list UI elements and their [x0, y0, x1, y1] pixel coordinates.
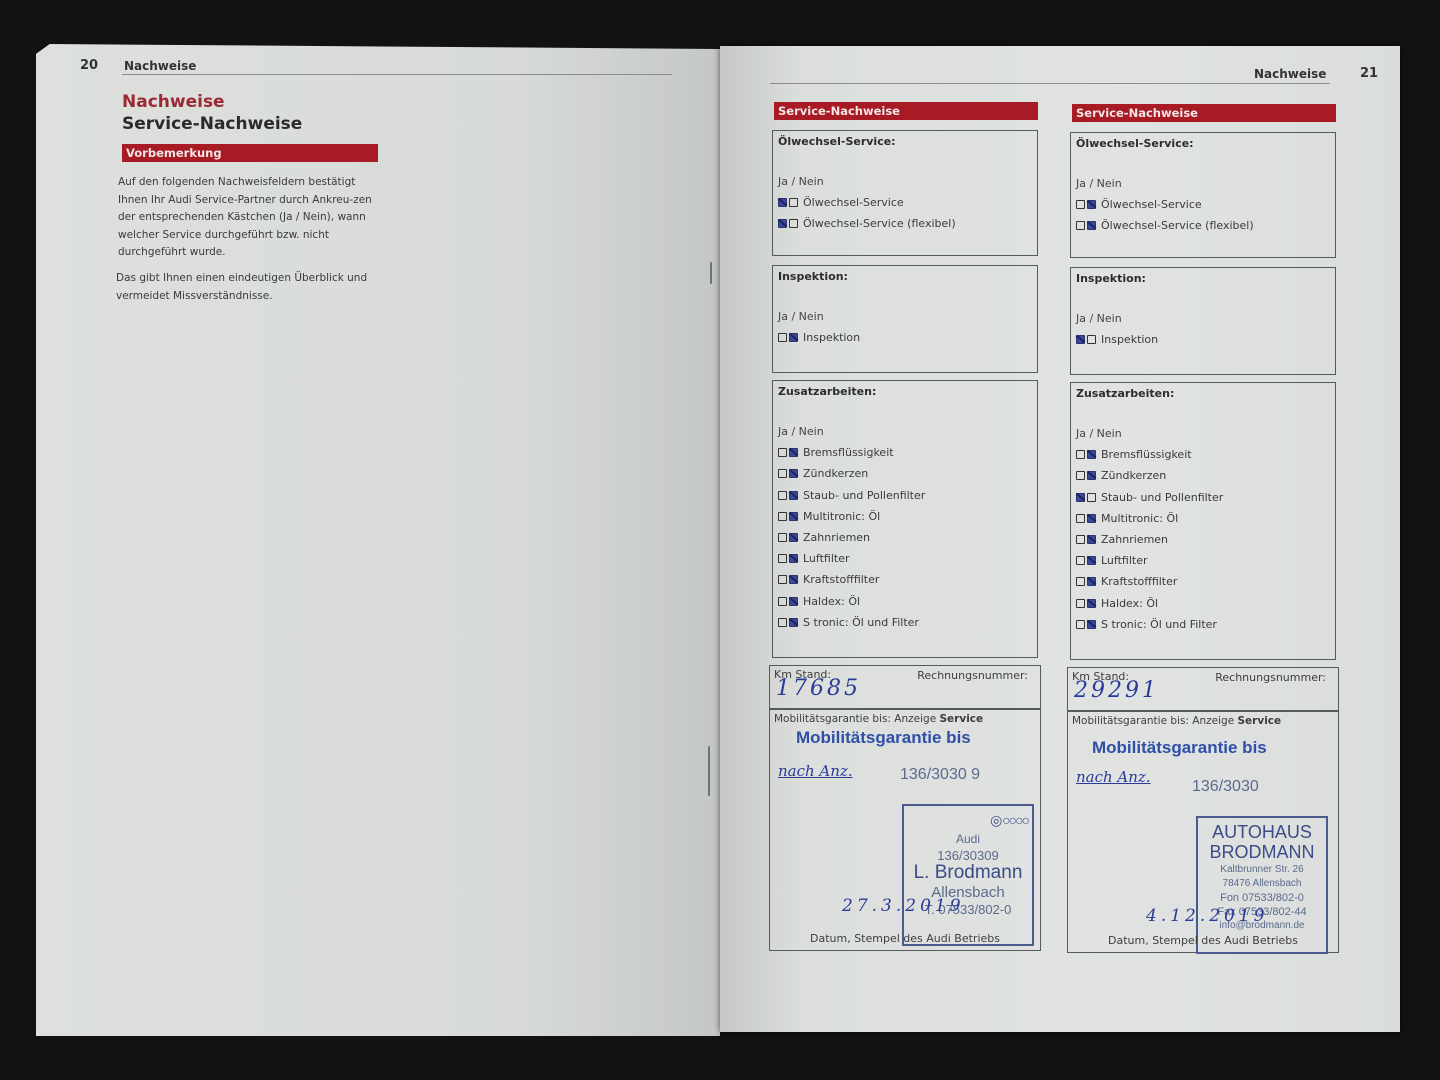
checklist-row: S tronic: Öl und Filter [1076, 618, 1217, 631]
checklist-box-inspection: Inspektion:Ja / NeinInspektion [772, 265, 1038, 373]
dealer-stamp-line: Kaltbrunner Str. 26 [1198, 864, 1326, 875]
checkbox-ja[interactable] [778, 219, 787, 228]
dealer-stamp-line: Fon 07533/802-0 [1198, 892, 1326, 904]
invoice-label: Rechnungsnummer: [1215, 671, 1326, 684]
checklist-label: Luftfilter [1101, 554, 1148, 567]
checkbox-ja[interactable] [1076, 200, 1085, 209]
checkbox-nein[interactable] [789, 219, 798, 228]
stamp-mobility: Mobilitätsgarantie bis [796, 728, 971, 748]
checklist-label: S tronic: Öl und Filter [803, 616, 919, 629]
dealer-stamp-line: BRODMANN [1198, 842, 1326, 863]
ja-nein-label: Ja / Nein [778, 425, 824, 438]
checkbox-nein[interactable] [1087, 514, 1096, 523]
mobility-label: Mobilitätsgarantie bis: Anzeige Service [774, 713, 983, 725]
checkbox-nein[interactable] [1087, 535, 1096, 544]
checklist-label: Kraftstofffilter [803, 573, 879, 586]
checklist-label: Ölwechsel-Service (flexibel) [1101, 219, 1254, 232]
stamp-box-area: Km Stand:Rechnungsnummer:29291Mobilitäts… [1067, 667, 1339, 953]
checkbox-nein[interactable] [789, 198, 798, 207]
checklist-label: Ölwechsel-Service [1101, 198, 1202, 211]
header-rule [122, 74, 672, 75]
checkbox-ja[interactable] [1076, 599, 1085, 608]
dealer-stamp-line: 78476 Allensbach [1198, 878, 1326, 889]
checkbox-nein[interactable] [1087, 471, 1096, 480]
checklist-label: Ölwechsel-Service [803, 196, 904, 209]
checklist-row: Zahnriemen [778, 531, 870, 544]
handwritten-date: 4.12.2019 [1146, 906, 1269, 926]
checklist-row: Ölwechsel-Service [778, 196, 904, 209]
km-value[interactable]: 17685 [776, 676, 861, 701]
intro-paragraph-2: Das gibt Ihnen einen eindeutigen Überbli… [116, 270, 386, 305]
checkbox-ja[interactable] [1076, 450, 1085, 459]
checklist-row: Bremsflüssigkeit [1076, 448, 1192, 461]
handwritten-mobility: nach Anz. [1076, 768, 1151, 786]
checklist-row: Inspektion [1076, 333, 1158, 346]
checklist-row: Zündkerzen [1076, 469, 1166, 482]
checkbox-ja[interactable] [1076, 493, 1085, 502]
staple [708, 746, 710, 796]
checklist-label: Multitronic: Öl [1101, 512, 1178, 525]
ja-nein-label: Ja / Nein [1076, 427, 1122, 440]
checklist-row: Bremsflüssigkeit [778, 446, 894, 459]
checkbox-nein[interactable] [1087, 450, 1096, 459]
checkbox-ja[interactable] [778, 333, 787, 342]
mobility-label: Mobilitätsgarantie bis: Anzeige Service [1072, 715, 1281, 727]
checkbox-nein[interactable] [789, 533, 798, 542]
checkbox-nein[interactable] [789, 469, 798, 478]
stamp-mobility: Mobilitätsgarantie bis [1092, 738, 1267, 758]
box-title: Ölwechsel-Service: [1076, 137, 1194, 150]
running-head: Nachweise [124, 59, 196, 73]
stamp-footer-label: Datum, Stempel des Audi Betriebs [1068, 934, 1338, 947]
brand-logos-icon: ◎ ○○○○ [908, 812, 1028, 829]
checklist-label: Haldex: Öl [803, 595, 860, 608]
dealer-stamp-line: 136/30309 [904, 848, 1032, 863]
card-header: Service-Nachweise [774, 102, 1038, 120]
dealer-stamp: ◎ ○○○○Audi136/30309L. BrodmannAllensbach… [902, 804, 1034, 946]
dealer-stamp-line: AUTOHAUS [1198, 822, 1326, 843]
staple [710, 262, 712, 284]
checklist-row: Haldex: Öl [778, 595, 860, 608]
left-page: 20 Nachweise Nachweise Service-Nachweise… [36, 44, 720, 1036]
stamp-box-area: Km Stand:Rechnungsnummer:17685Mobilitäts… [769, 665, 1041, 951]
checkbox-nein[interactable] [789, 618, 798, 627]
checkbox-ja[interactable] [1076, 335, 1085, 344]
checkbox-nein[interactable] [1087, 493, 1096, 502]
checklist-label: Multitronic: Öl [803, 510, 880, 523]
intro-paragraph: Auf den folgenden Nachweisfeldern bestät… [118, 174, 388, 262]
running-head: Nachweise [1254, 67, 1326, 81]
checklist-label: Zahnriemen [1101, 533, 1168, 546]
checkbox-ja[interactable] [1076, 620, 1085, 629]
checkbox-nein[interactable] [1087, 335, 1096, 344]
dealer-stamp-line: L. Brodmann [904, 862, 1032, 884]
checklist-label: Inspektion [1101, 333, 1158, 346]
checkbox-nein[interactable] [789, 491, 798, 500]
checkbox-nein[interactable] [789, 554, 798, 563]
checklist-label: Luftfilter [803, 552, 850, 565]
checklist-label: Inspektion [803, 331, 860, 344]
stamp-number: 136/3030 [1192, 778, 1259, 796]
page-number: 20 [80, 58, 98, 73]
checklist-label: Bremsflüssigkeit [1101, 448, 1192, 461]
service-record-card: Service-NachweiseÖlwechsel-Service:Ja / … [772, 102, 1038, 952]
checklist-label: Bremsflüssigkeit [803, 446, 894, 459]
field-divider [1068, 710, 1338, 712]
mobility-label-bold: Service [1238, 715, 1282, 727]
checkbox-nein[interactable] [789, 448, 798, 457]
box-title: Inspektion: [1076, 272, 1146, 285]
checkbox-nein[interactable] [1087, 620, 1096, 629]
checklist-label: Zündkerzen [1101, 469, 1166, 482]
checkbox-nein[interactable] [789, 512, 798, 521]
checkbox-ja[interactable] [778, 533, 787, 542]
checklist-row: Haldex: Öl [1076, 597, 1158, 610]
checkbox-ja[interactable] [778, 554, 787, 563]
checklist-label: Staub- und Pollenfilter [1101, 491, 1223, 504]
checklist-row: Ölwechsel-Service (flexibel) [1076, 219, 1254, 232]
ja-nein-label: Ja / Nein [778, 310, 824, 323]
ja-nein-label: Ja / Nein [1076, 177, 1122, 190]
checkbox-nein[interactable] [789, 333, 798, 342]
dealer-stamp-line: Audi [904, 832, 1032, 846]
box-title: Ölwechsel-Service: [778, 135, 896, 148]
checklist-row: Luftfilter [1076, 554, 1148, 567]
checkbox-nein[interactable] [1087, 577, 1096, 586]
checklist-label: Ölwechsel-Service (flexibel) [803, 217, 956, 230]
ja-nein-label: Ja / Nein [778, 175, 824, 188]
checkbox-ja[interactable] [778, 597, 787, 606]
mobility-label-text: Mobilitätsgarantie bis: Anzeige [774, 713, 936, 725]
handwritten-mobility: nach Anz. [778, 762, 853, 780]
checkbox-ja[interactable] [1076, 471, 1085, 480]
checkbox-nein[interactable] [1087, 200, 1096, 209]
checkbox-nein[interactable] [1087, 599, 1096, 608]
field-divider [770, 708, 1040, 710]
section-bar-vorbemerkung: Vorbemerkung [122, 144, 378, 162]
checklist-row: Zahnriemen [1076, 533, 1168, 546]
section-subtitle: Service-Nachweise [122, 114, 302, 134]
checklist-row: Luftfilter [778, 552, 850, 565]
box-title: Zusatzarbeiten: [778, 385, 876, 398]
checkbox-ja[interactable] [778, 512, 787, 521]
checklist-label: Staub- und Pollenfilter [803, 489, 925, 502]
checkbox-nein[interactable] [789, 597, 798, 606]
checklist-row: Inspektion [778, 331, 860, 344]
ja-nein-label: Ja / Nein [1076, 312, 1122, 325]
stamp-footer-label: Datum, Stempel des Audi Betriebs [770, 932, 1040, 945]
checklist-box-extras: Zusatzarbeiten:Ja / NeinBremsflüssigkeit… [772, 380, 1038, 658]
checklist-row: S tronic: Öl und Filter [778, 616, 919, 629]
checklist-row: Staub- und Pollenfilter [778, 489, 925, 502]
invoice-label: Rechnungsnummer: [917, 669, 1028, 682]
checklist-box-oil: Ölwechsel-Service:Ja / NeinÖlwechsel-Ser… [772, 130, 1038, 256]
checklist-label: Zahnriemen [803, 531, 870, 544]
checklist-row: Multitronic: Öl [1076, 512, 1178, 525]
checkbox-ja[interactable] [778, 618, 787, 627]
checkbox-nein[interactable] [789, 575, 798, 584]
section-title: Nachweise [122, 92, 225, 112]
checkbox-ja[interactable] [778, 469, 787, 478]
checklist-row: Zündkerzen [778, 467, 868, 480]
checklist-label: Zündkerzen [803, 467, 868, 480]
checkbox-ja[interactable] [1076, 556, 1085, 565]
checklist-row: Ölwechsel-Service (flexibel) [778, 217, 956, 230]
checklist-box-extras: Zusatzarbeiten:Ja / NeinBremsflüssigkeit… [1070, 382, 1336, 660]
checklist-label: Haldex: Öl [1101, 597, 1158, 610]
checkbox-ja[interactable] [1076, 535, 1085, 544]
mobility-label-bold: Service [940, 713, 984, 725]
checkbox-ja[interactable] [778, 491, 787, 500]
checkbox-nein[interactable] [1087, 556, 1096, 565]
page-number: 21 [1360, 66, 1378, 81]
service-record-card: Service-NachweiseÖlwechsel-Service:Ja / … [1070, 104, 1336, 954]
checkbox-ja[interactable] [778, 575, 787, 584]
checkbox-ja[interactable] [778, 198, 787, 207]
checkbox-ja[interactable] [1076, 577, 1085, 586]
km-value[interactable]: 29291 [1074, 678, 1159, 703]
checkbox-nein[interactable] [1087, 221, 1096, 230]
checklist-row: Ölwechsel-Service [1076, 198, 1202, 211]
checklist-row: Staub- und Pollenfilter [1076, 491, 1223, 504]
header-rule [770, 83, 1330, 84]
checklist-row: Kraftstofffilter [778, 573, 879, 586]
box-title: Inspektion: [778, 270, 848, 283]
handwritten-date: 27.3.2019 [842, 896, 965, 916]
box-title: Zusatzarbeiten: [1076, 387, 1174, 400]
stamp-number: 136/3030 9 [900, 766, 980, 784]
checkbox-ja[interactable] [778, 448, 787, 457]
checklist-label: S tronic: Öl und Filter [1101, 618, 1217, 631]
mobility-label-text: Mobilitätsgarantie bis: Anzeige [1072, 715, 1234, 727]
checklist-box-oil: Ölwechsel-Service:Ja / NeinÖlwechsel-Ser… [1070, 132, 1336, 258]
checklist-row: Kraftstofffilter [1076, 575, 1177, 588]
checkbox-ja[interactable] [1076, 221, 1085, 230]
checkbox-ja[interactable] [1076, 514, 1085, 523]
checklist-label: Kraftstofffilter [1101, 575, 1177, 588]
checklist-row: Multitronic: Öl [778, 510, 880, 523]
card-header: Service-Nachweise [1072, 104, 1336, 122]
checklist-box-inspection: Inspektion:Ja / NeinInspektion [1070, 267, 1336, 375]
